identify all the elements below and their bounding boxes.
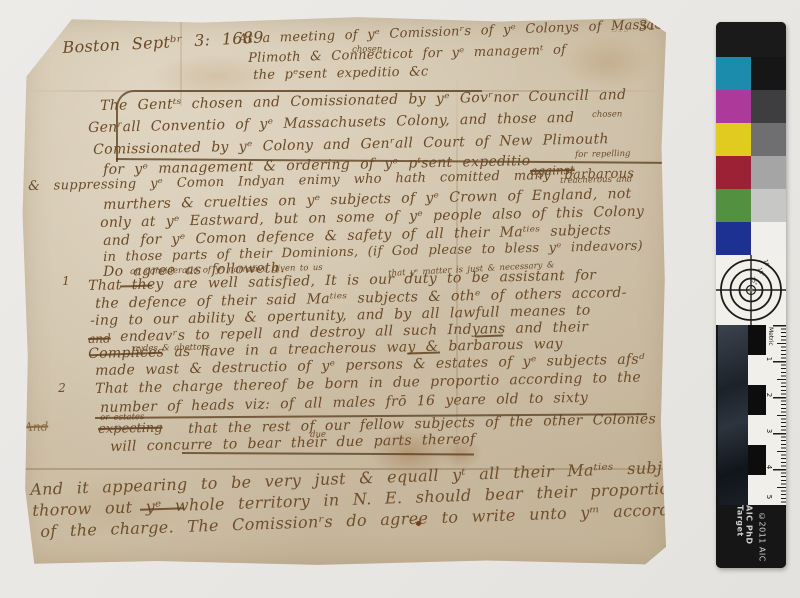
footer-text-title: AIC PhD Target xyxy=(736,505,754,568)
bullseye-target: 10° 15° 25° xyxy=(716,255,786,325)
ruler-label: Metric xyxy=(767,327,774,346)
interlinear-insert: and xyxy=(88,332,111,346)
checker-block xyxy=(748,445,766,475)
interlinear-insert: chosen xyxy=(592,109,622,120)
footer-text-copyright: ©2011 AIC xyxy=(758,512,767,562)
interlinear-insert: chosen xyxy=(352,44,382,55)
manuscript-paper: 315 316 Boston Septᵇʳ 3: 1689 At a meeti… xyxy=(20,16,668,566)
checker-block xyxy=(748,355,766,385)
target-footer: AIC PhD Target ©2011 AIC xyxy=(716,505,786,568)
grayscale-patch xyxy=(751,123,786,156)
glossy-strip xyxy=(718,325,748,505)
patch-row xyxy=(716,222,786,255)
interlinear-insert: for repelling xyxy=(575,149,631,160)
marginal-note: And xyxy=(24,419,48,434)
document-photo: 315 316 Boston Septᵇʳ 3: 1689 At a meeti… xyxy=(0,0,800,598)
item-number: 1 xyxy=(62,274,70,288)
grayscale-patch xyxy=(751,222,786,255)
target-top-black xyxy=(716,22,786,57)
color-patch-yellow xyxy=(716,123,751,156)
color-patch-cyan xyxy=(716,57,751,90)
grayscale-patch xyxy=(751,57,786,90)
checker-block xyxy=(748,385,766,415)
checker-bar xyxy=(748,325,766,505)
ruler-number: 1 xyxy=(765,357,773,361)
manuscript-line: will concurre to bear their due parts th… xyxy=(110,431,476,455)
checker-block xyxy=(748,475,766,505)
grayscale-patch xyxy=(751,156,786,189)
ruler-number: 4 xyxy=(765,465,773,469)
ruler-ticks-cm xyxy=(773,325,786,505)
interlinear-insert: expecting xyxy=(98,421,163,437)
patch-row xyxy=(716,57,786,90)
patch-row xyxy=(716,123,786,156)
color-patch-green xyxy=(716,189,751,222)
ruler-number: 2 xyxy=(765,393,773,397)
patch-row xyxy=(716,90,786,123)
ruler-number: 5 xyxy=(765,495,773,499)
stain xyxy=(560,34,655,89)
ruler-number: 3 xyxy=(765,429,773,433)
heading-line: Plimoth & Connecticot for yᵉ managemᵗ of xyxy=(248,43,566,66)
grayscale-patch xyxy=(751,90,786,123)
bracket-line-bottom xyxy=(182,452,474,455)
date-line: Boston Septᵇʳ 3: 1689 xyxy=(62,27,264,57)
checker-block xyxy=(748,415,766,445)
color-patch-red xyxy=(716,156,751,189)
patch-row xyxy=(716,156,786,189)
heading-line: At a meeting of yᵉ Comissionʳs of yᵉ Col… xyxy=(238,16,707,47)
color-target: 10° 15° 25° 1 2 3 4 5 Metric AIC PhD T xyxy=(716,22,786,568)
bullseye-rings xyxy=(716,255,786,325)
checker-block xyxy=(748,325,766,355)
color-patch-magenta xyxy=(716,90,751,123)
item-number: 2 xyxy=(58,381,66,395)
color-patch-blue xyxy=(716,222,751,255)
heading-line: the pᵉsent expeditio &c xyxy=(253,64,429,83)
patch-row xyxy=(716,189,786,222)
grayscale-patch xyxy=(751,189,786,222)
ruler: 1 2 3 4 5 xyxy=(766,325,786,505)
